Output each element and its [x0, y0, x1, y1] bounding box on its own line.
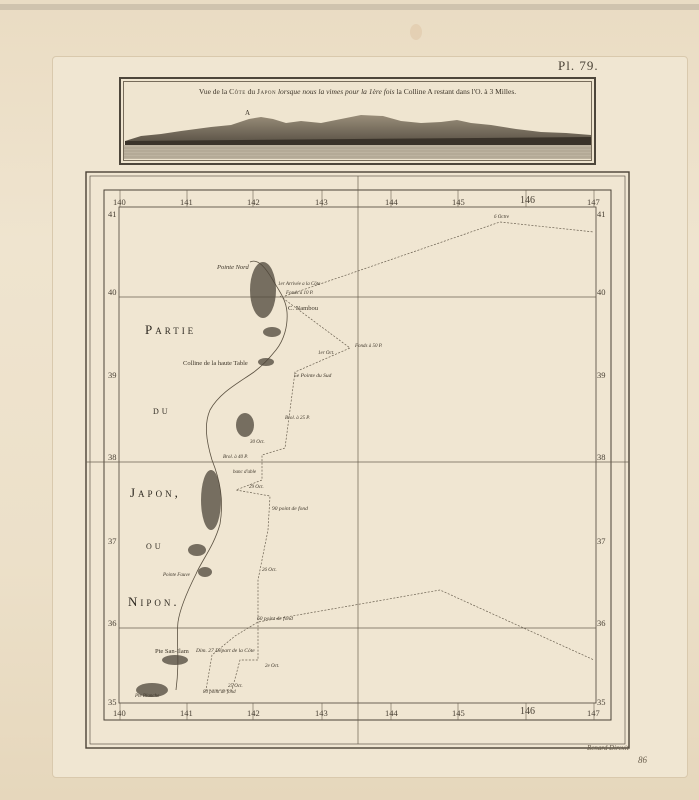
lon-label-bottom: 141: [180, 708, 193, 718]
place-nord-est: 6 Octre: [494, 215, 509, 220]
lon-label-top: 146: [520, 195, 535, 206]
lat-label-right: 35: [597, 697, 606, 707]
lon-label-top: 141: [180, 197, 193, 207]
place-fonds: Fonds à 10 P.: [286, 291, 313, 296]
lon-label-top: 143: [315, 197, 328, 207]
place-pointe-sud: 5e Pointe du Sud: [294, 373, 331, 379]
neat-line: [104, 190, 611, 720]
lon-label-top: 147: [587, 197, 600, 207]
lat-label-right: 38: [597, 452, 606, 462]
lon-label-bottom: 147: [587, 708, 600, 718]
place-point-fond-90: 90 point de fond: [272, 506, 308, 512]
place-colline: Colline de la haute Table: [183, 360, 248, 367]
lat-label-left: 39: [108, 370, 117, 380]
lon-label-bottom: 140: [113, 708, 126, 718]
lat-label-right: 37: [597, 536, 606, 546]
place-pointe-fauve: Pointe Fauve: [163, 573, 190, 578]
place-oct-upper: 1er Oct.: [318, 351, 334, 356]
place-oct-25: 25 Oct.: [228, 684, 243, 689]
lat-label-left: 36: [108, 618, 117, 628]
place-oct-26: 26 Oct.: [262, 568, 277, 573]
region-title-line: ou: [146, 540, 164, 552]
place-pointe-nord: Pointe Nord: [217, 264, 249, 271]
place-oct-mid: 29 Oct.: [249, 485, 264, 490]
lon-label-top: 144: [385, 197, 398, 207]
place-oct-end: 2e Oct.: [265, 664, 279, 669]
lon-label-top: 142: [247, 197, 260, 207]
lat-label-left: 35: [108, 697, 117, 707]
place-depart: Dim. 27 Départ de la Côte: [196, 648, 255, 654]
engraver-credit: Benard Direxit: [587, 744, 629, 752]
place-brol-lower: Brol. à 40 P.: [223, 455, 248, 460]
lon-label-bottom: 144: [385, 708, 398, 718]
region-title-line: du: [153, 405, 171, 417]
lat-label-right: 41: [597, 209, 606, 219]
lat-label-left: 37: [108, 536, 117, 546]
map-chart: [0, 0, 699, 800]
place-brol-upper: Brol. à 25 P.: [285, 416, 310, 421]
region-title-line: Partie: [145, 322, 196, 338]
place-point-fond-80: 80 point de fond: [203, 690, 236, 695]
place-p-blanche: Pte Blanche: [135, 694, 159, 699]
lon-label-bottom: 145: [452, 708, 465, 718]
place-arrivee: 1er Arrivée a la Côte: [278, 282, 320, 287]
place-fonds-2: Fonds à 50 P.: [355, 344, 382, 349]
lon-label-bottom: 143: [315, 708, 328, 718]
lon-label-top: 145: [452, 197, 465, 207]
place-p-san-ilam: Pte San-Ilam: [155, 648, 189, 655]
place-oct-30: 30 Oct.: [250, 440, 265, 445]
lat-label-left: 38: [108, 452, 117, 462]
place-point-fond-60: 60 point de fond: [257, 616, 293, 622]
lon-label-bottom: 146: [520, 706, 535, 717]
page-number: 86: [638, 755, 647, 765]
lat-label-left: 41: [108, 209, 117, 219]
lat-label-right: 40: [597, 287, 606, 297]
lon-label-top: 140: [113, 197, 126, 207]
place-banc: banc d'able: [233, 470, 256, 475]
region-title-line: Japon,: [130, 485, 181, 501]
lon-label-bottom: 142: [247, 708, 260, 718]
region-title-line: Nipon.: [128, 594, 180, 610]
lat-label-right: 39: [597, 370, 606, 380]
longitude-ticks: [120, 190, 594, 720]
lat-label-left: 40: [108, 287, 117, 297]
place-c-nambu: C. Nambou: [288, 305, 318, 312]
lat-label-right: 36: [597, 618, 606, 628]
